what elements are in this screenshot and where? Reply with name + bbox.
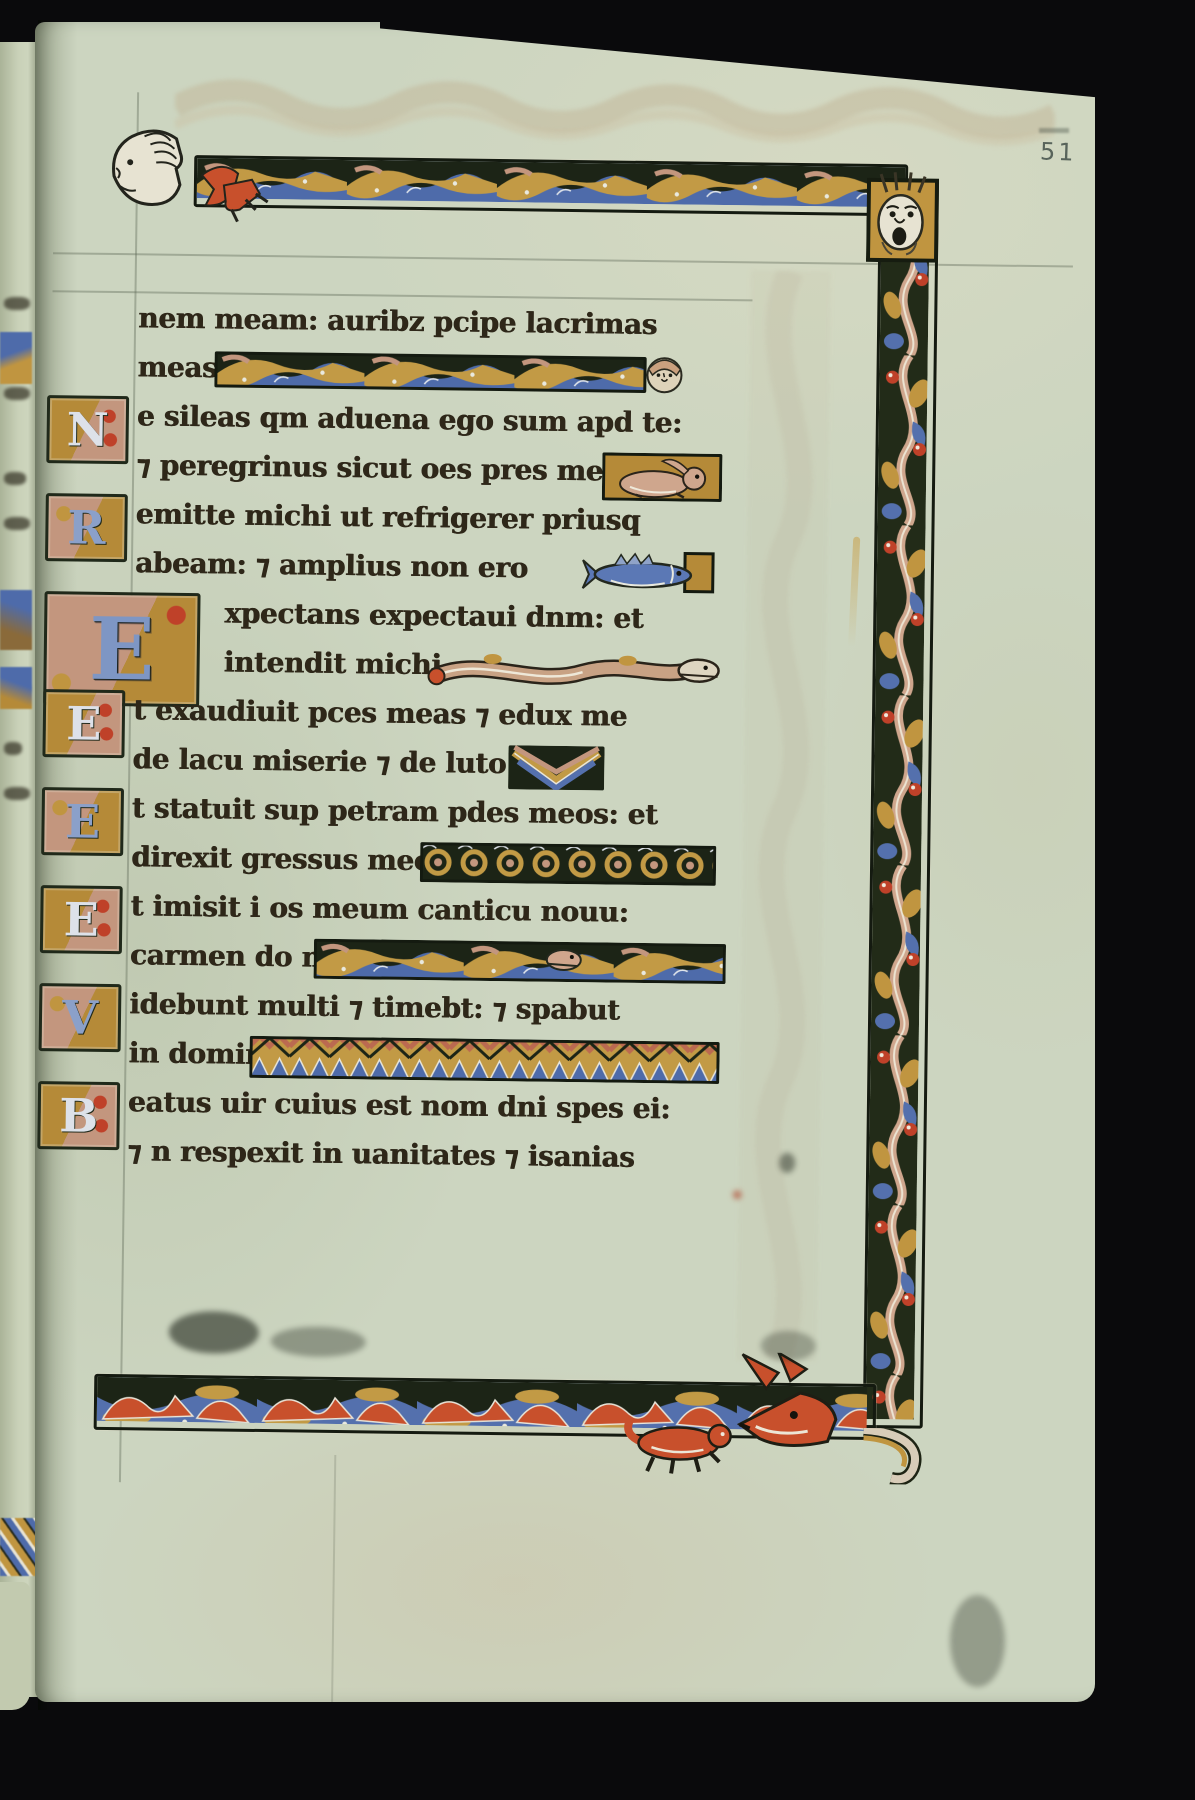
initial-letter: V	[62, 990, 98, 1044]
initial-letter: E	[66, 696, 102, 750]
ink-smudge	[761, 1331, 816, 1362]
text-line: abeam: ⁊ amplius non ero	[135, 541, 528, 590]
text-line: emitte michi ut refrigerer priusq	[135, 492, 640, 543]
text-line: intendit michi	[223, 640, 441, 687]
text-fragment-mark	[4, 387, 30, 400]
initial-letter: E	[63, 892, 99, 946]
ruling-line-vertical	[331, 1455, 336, 1702]
line-filler-rings-icon	[420, 842, 716, 886]
text-line: t statuit sup petram pdes meos: et	[131, 786, 657, 837]
stack-border-fragment	[0, 1518, 38, 1576]
text-line: nem meam: auribz pcipe lacrimas	[138, 296, 657, 347]
folio-number: 51	[1040, 137, 1078, 166]
line-filler-wave-beast-icon	[314, 939, 726, 984]
pencil-mark	[1039, 128, 1069, 133]
decorated-fragment	[0, 332, 32, 384]
line-filler-wave-monk-head-icon	[214, 349, 694, 395]
page-artwork-layer: N R E E E E V B nem meam: auribz pcipe l…	[35, 22, 1095, 1702]
line-filler-chevron-icon	[508, 745, 605, 790]
manuscript-photograph: N R E E E E V B nem meam: auribz pcipe l…	[0, 0, 1195, 1800]
mask-face-icon	[866, 166, 939, 263]
text-fragment-mark	[4, 787, 30, 800]
text-line: t imisit i os meum canticu nouu:	[130, 884, 629, 935]
decorated-initial: N	[46, 395, 129, 464]
decorated-initial: E	[40, 885, 123, 954]
initial-letter: E	[65, 794, 101, 848]
text-line: ⁊ peregrinus sicut oes pres mei	[136, 443, 614, 493]
text-line: meas	[137, 345, 217, 390]
line-filler-serpent-icon	[422, 646, 723, 692]
text-fragment-mark	[4, 742, 22, 755]
decorated-initial: E	[41, 787, 124, 856]
stack-page-corner	[0, 1582, 30, 1710]
right-border-bar	[863, 182, 939, 1429]
corner-hook-flourish	[857, 1428, 938, 1485]
line-filler-fish-icon	[581, 550, 716, 594]
initial-letter: R	[67, 500, 106, 554]
line-filler-hare-icon	[602, 452, 723, 502]
text-line: e sileas qm aduena ego sum apd te:	[137, 394, 683, 445]
decorated-initial: V	[39, 983, 122, 1052]
ink-smudge	[271, 1326, 366, 1357]
ink-smudge	[950, 1595, 1005, 1687]
text-line: direxit gressus meos	[131, 835, 448, 883]
decorated-initial: E	[42, 689, 125, 758]
top-border-bar	[194, 155, 909, 216]
show-through-column	[707, 270, 866, 1362]
text-line: eatus uir cuius est nom dni spes ei:	[128, 1080, 671, 1131]
decorated-initial: B	[37, 1081, 120, 1150]
line-filler-zigzag-icon	[249, 1036, 720, 1084]
text-line: xpectans expectaui dnm: et	[224, 591, 643, 640]
text-fragment-mark	[4, 517, 30, 530]
initial-letter: N	[66, 402, 109, 457]
initial-letter: E	[88, 598, 155, 700]
red-beast-icon	[623, 1403, 734, 1476]
text-line: t exaudiuit pces meas ⁊ edux me	[133, 688, 628, 738]
decorated-fragment	[0, 590, 32, 650]
text-line: ⁊ n respexit in uanitates ⁊ isanias	[127, 1129, 635, 1180]
facing-page-edge	[0, 42, 40, 1697]
ink-smudge	[169, 1311, 260, 1354]
red-fleck	[733, 1190, 742, 1199]
manuscript-page: N R E E E E V B nem meam: auribz pcipe l…	[35, 22, 1095, 1702]
decorated-fragment	[0, 667, 32, 709]
initial-letter: B	[59, 1088, 99, 1143]
text-fragment-mark	[4, 297, 30, 310]
fox-head-icon	[735, 1352, 844, 1457]
text-line: idebunt multi ⁊ timebt: ⁊ spabut	[129, 982, 620, 1032]
text-fragment-mark	[4, 472, 26, 485]
human-head-grotesque-icon	[103, 118, 284, 228]
decorated-initial: R	[45, 493, 128, 562]
